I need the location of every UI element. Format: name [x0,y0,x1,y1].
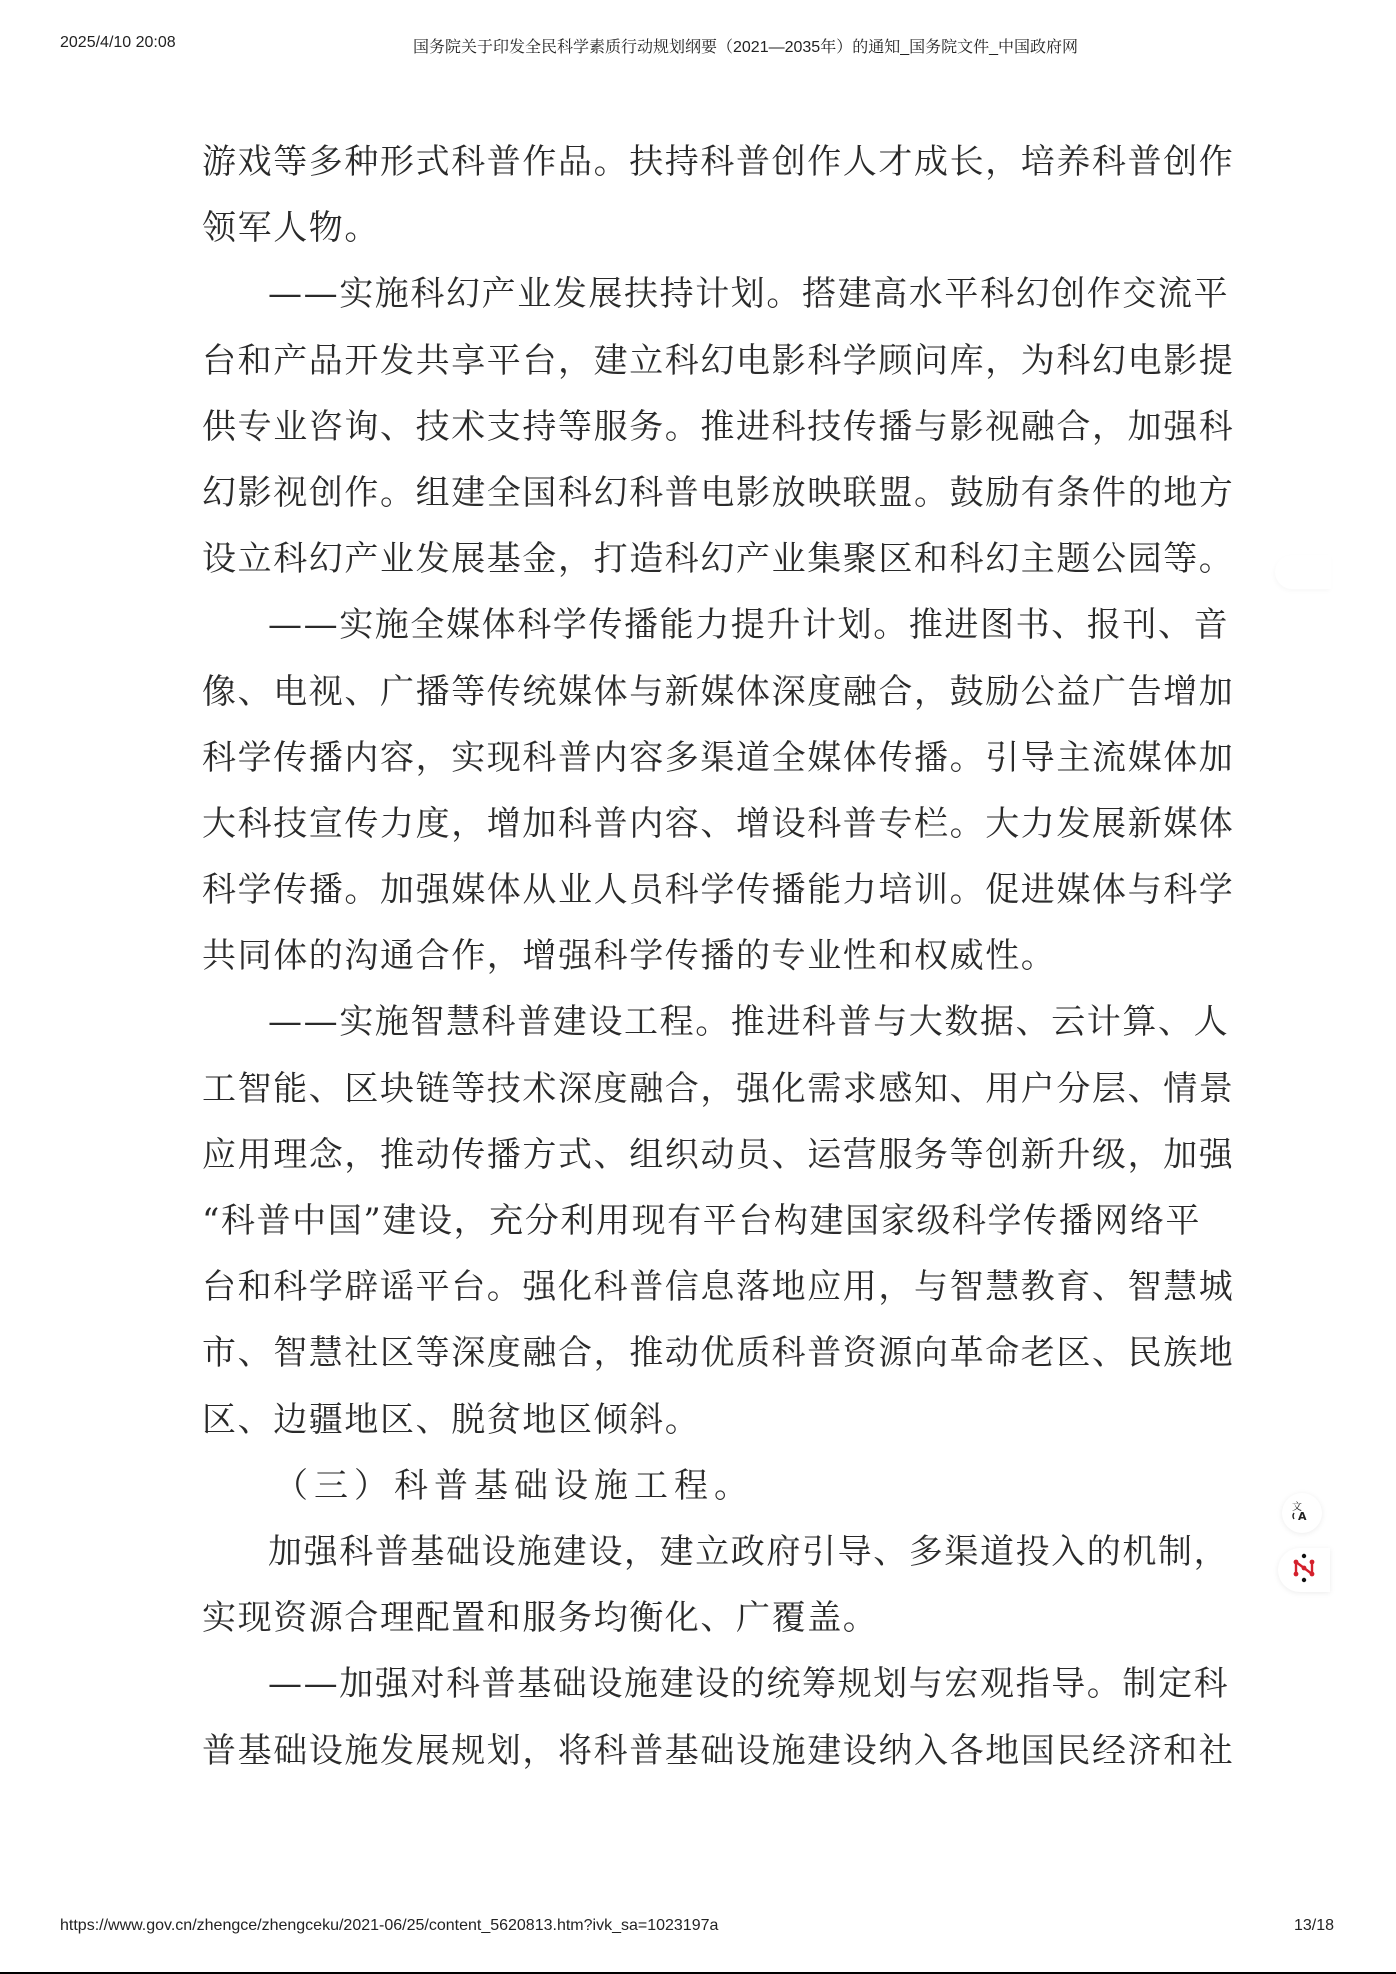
text-line: 共同体的沟通合作，增强科学传播的专业性和权威性。 [202,934,1194,1000]
text-line: 市、智慧社区等深度融合，推动优质科普资源向革命老区、民族地 [202,1331,1194,1397]
text-line-paragraph-start: ——实施智慧科普建设工程。推进科普与大数据、云计算、人 [202,1000,1194,1066]
text-line: 设立科幻产业发展基金，打造科幻产业集聚区和科幻主题公园等。 [202,537,1194,603]
print-url: https://www.gov.cn/zhengce/zhengceku/202… [60,1917,718,1935]
translate-button[interactable]: 文 A [1282,1493,1322,1533]
print-page-title: 国务院关于印发全民科学素质行动规划纲要（2021—2035年）的通知_国务院文件… [413,34,1078,57]
text-line: 像、电视、广播等传统媒体与新媒体深度融合，鼓励公益广告增加 [202,670,1194,736]
text-line-paragraph-start: 加强科普基础设施建设，建立政府引导、多渠道投入的机制， [202,1530,1194,1596]
translate-icon: 文 A [1291,1500,1313,1526]
text-line: 应用理念，推动传播方式、组织动员、运营服务等创新升级，加强 [202,1133,1194,1199]
page-number: 13/18 [1294,1917,1334,1935]
text-line-paragraph-start: ——实施全媒体科学传播能力提升计划。推进图书、报刊、音 [202,603,1194,669]
print-footer: https://www.gov.cn/zhengce/zhengceku/202… [0,1917,1396,1941]
print-datetime: 2025/4/10 20:08 [60,34,176,52]
text-line: 大科技宣传力度，增加科普内容、增设科普专栏。大力发展新媒体 [202,802,1194,868]
section-heading: （三）科普基础设施工程。 [202,1464,1194,1530]
text-line: 幻影视创作。组建全国科幻科普电影放映联盟。鼓励有条件的地方 [202,471,1194,537]
text-line-paragraph-start: ——实施科幻产业发展扶持计划。搭建高水平科幻创作交流平 [202,272,1194,338]
text-line: 供专业咨询、技术支持等服务。推进科技传播与影视融合，加强科 [202,405,1194,471]
text-line: 工智能、区块链等技术深度融合，强化需求感知、用户分层、情景 [202,1067,1194,1133]
text-line: 台和产品开发共享平台，建立科幻电影科学顾问库，为科幻电影提 [202,339,1194,405]
text-line: 科学传播内容，实现科普内容多渠道全媒体传播。引导主流媒体加 [202,736,1194,802]
ai-assistant-button[interactable] [1278,1548,1330,1592]
text-line: 台和科学辟谣平台。强化科普信息落地应用，与智慧教育、智慧城 [202,1265,1194,1331]
text-line: 游戏等多种形式科普作品。扶持科普创作人才成长，培养科普创作 [202,140,1194,206]
text-line: 科学传播。加强媒体从业人员科学传播能力培训。促进媒体与科学 [202,868,1194,934]
print-header: 2025/4/10 20:08 国务院关于印发全民科学素质行动规划纲要（2021… [0,34,1396,58]
svg-text:A: A [1298,1510,1307,1522]
text-line: 区、边疆地区、脱贫地区倾斜。 [202,1398,1194,1464]
text-line: “科普中国”建设，充分利用现有平台构建国家级科学传播网络平 [202,1199,1194,1265]
text-line: 普基础设施发展规划，将科普基础设施建设纳入各地国民经济和社 [202,1729,1194,1795]
text-line: 实现资源合理配置和服务均衡化、广覆盖。 [202,1596,1194,1662]
text-line: 领军人物。 [202,206,1194,272]
ai-assistant-icon [1291,1553,1317,1587]
side-collapse-tab[interactable] [1275,555,1331,589]
text-line-paragraph-start: ——加强对科普基础设施建设的统筹规划与宏观指导。制定科 [202,1662,1194,1728]
document-body: 游戏等多种形式科普作品。扶持科普创作人才成长，培养科普创作 领军人物。 ——实施… [202,140,1194,1795]
